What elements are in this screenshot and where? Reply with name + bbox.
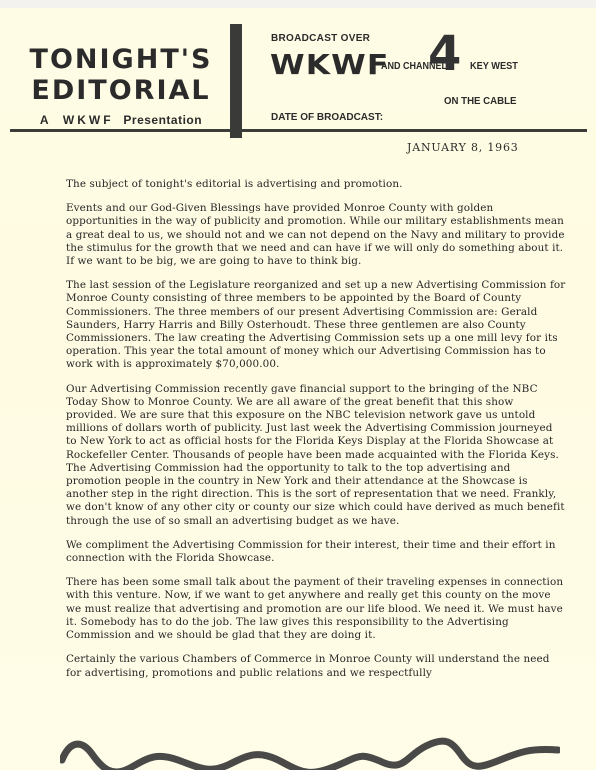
masthead-title-line2: EDITORIAL [12, 75, 230, 106]
presentation-call-letters: WKWF [63, 113, 114, 127]
paragraph: There has been some small talk about the… [66, 576, 566, 642]
paragraph: The last session of the Legislature reor… [66, 279, 566, 371]
redaction-scribble [60, 734, 560, 770]
station-call-letters: WKWF [270, 48, 389, 81]
paragraph: Our Advertising Commission recently gave… [66, 383, 566, 528]
paragraph: The subject of tonight's editorial is ad… [66, 178, 566, 191]
channel-number: 4 [428, 30, 461, 78]
presentation-line: A WKWF Presentation [12, 113, 230, 127]
masthead-title-line1: TONIGHT'S [12, 44, 230, 75]
masthead-left: TONIGHT'S EDITORIAL A WKWF Presentation [12, 18, 230, 128]
date-of-broadcast-label: DATE OF BROADCAST: [271, 112, 383, 123]
masthead-horizontal-rule [10, 129, 587, 132]
broadcast-date: JANUARY 8, 1963 [407, 141, 519, 154]
presentation-article: A [40, 113, 49, 127]
paragraph: Certainly the various Chambers of Commer… [66, 653, 566, 679]
editorial-page: TONIGHT'S EDITORIAL A WKWF Presentation … [0, 8, 596, 770]
broadcast-over-label: BROADCAST OVER [271, 33, 370, 44]
paragraph: We compliment the Advertising Commission… [66, 539, 566, 565]
editorial-body: The subject of tonight's editorial is ad… [66, 178, 566, 691]
presentation-word: Presentation [123, 113, 202, 127]
on-the-cable-label: ON THE CABLE [444, 95, 516, 107]
masthead-vertical-divider [230, 24, 242, 138]
paragraph: Events and our God-Given Blessings have … [66, 202, 566, 268]
city-label: KEY WEST [470, 61, 518, 72]
masthead-right: BROADCAST OVER WKWF AND CHANNEL 4 KEY WE… [250, 8, 590, 128]
